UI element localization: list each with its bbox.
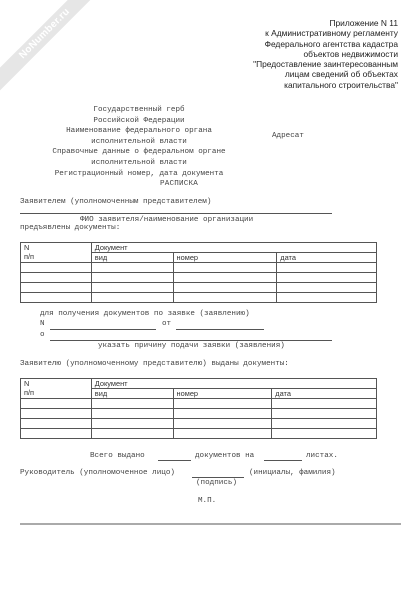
head-label: Руководитель (уполномоченное лицо) bbox=[20, 469, 175, 477]
addressee-label: Адресат bbox=[272, 132, 304, 140]
table-cell[interactable] bbox=[277, 263, 377, 273]
table-cell[interactable] bbox=[21, 429, 92, 439]
table-cell[interactable] bbox=[91, 419, 173, 429]
table-row bbox=[21, 263, 377, 273]
table-cell[interactable] bbox=[173, 409, 272, 419]
appendix-line: "Предоставление заинтересованным bbox=[253, 59, 398, 69]
appendix-line: к Административному регламенту bbox=[253, 28, 398, 38]
issued-label: Заявителю (уполномоченному представителю… bbox=[20, 360, 289, 368]
table-cell[interactable] bbox=[173, 273, 277, 283]
total-documents-field[interactable] bbox=[158, 460, 191, 461]
table-row bbox=[21, 409, 377, 419]
table-cell[interactable] bbox=[21, 399, 92, 409]
signature-field[interactable] bbox=[192, 477, 244, 478]
request-date-field[interactable] bbox=[176, 329, 264, 330]
col-header-number: N п/п bbox=[21, 379, 92, 399]
table-cell[interactable] bbox=[91, 399, 173, 409]
appendix-line: Приложение N 11 bbox=[253, 18, 398, 28]
request-number-label: N bbox=[40, 320, 45, 328]
sender-line: Российской Федерации bbox=[34, 116, 244, 127]
appendix-header: Приложение N 11 к Административному регл… bbox=[253, 18, 398, 90]
applicant-name-field[interactable] bbox=[20, 213, 332, 214]
table-cell[interactable] bbox=[21, 409, 92, 419]
col-header-date: дата bbox=[272, 389, 377, 399]
table-cell[interactable] bbox=[91, 273, 173, 283]
table-cell[interactable] bbox=[91, 293, 173, 303]
col-header-number: N п/п bbox=[21, 243, 92, 263]
appendix-line: объектов недвижимости bbox=[253, 49, 398, 59]
col-header-number-doc: номер bbox=[173, 389, 272, 399]
initials-label: (инициалы, фамилия) bbox=[249, 469, 336, 477]
sender-line: исполнительной власти bbox=[34, 137, 244, 148]
request-subject-label: о bbox=[40, 331, 45, 339]
table-cell[interactable] bbox=[277, 273, 377, 283]
table-row bbox=[21, 419, 377, 429]
col-header-type: вид bbox=[91, 389, 173, 399]
reason-caption: указать причину подачи заявки (заявления… bbox=[98, 342, 285, 350]
table-cell[interactable] bbox=[272, 419, 377, 429]
table-row bbox=[21, 399, 377, 409]
submitted-label: предъявлены документы: bbox=[20, 224, 120, 232]
request-label: для получения документов по заявке (заяв… bbox=[40, 310, 250, 318]
appendix-line: Федерального агентства кадастра bbox=[253, 39, 398, 49]
watermark: NoNumber.ru bbox=[0, 0, 104, 93]
table-cell[interactable] bbox=[277, 283, 377, 293]
col-header-number-doc: номер bbox=[173, 253, 277, 263]
applicant-caption: ФИО заявителя/наименование организации bbox=[80, 216, 253, 224]
submitted-documents-table: N п/п Документ вид номер дата bbox=[20, 242, 377, 303]
table-cell[interactable] bbox=[173, 399, 272, 409]
request-reason-field[interactable] bbox=[50, 340, 332, 341]
table-cell[interactable] bbox=[272, 399, 377, 409]
total-issued-label: Всего выдано bbox=[90, 452, 145, 460]
table-row bbox=[21, 429, 377, 439]
table-cell[interactable] bbox=[173, 419, 272, 429]
table-cell[interactable] bbox=[272, 429, 377, 439]
sender-line: Справочные данные о федеральном органе bbox=[34, 147, 244, 158]
table-row bbox=[21, 273, 377, 283]
table-cell[interactable] bbox=[91, 283, 173, 293]
document-title: РАСПИСКА bbox=[160, 180, 198, 188]
applicant-label: Заявителем (уполномоченным представителе… bbox=[20, 198, 211, 206]
table-row bbox=[21, 283, 377, 293]
table-cell[interactable] bbox=[21, 419, 92, 429]
sender-block: Государственный герб Российской Федераци… bbox=[34, 105, 244, 179]
sender-line: исполнительной власти bbox=[34, 158, 244, 169]
table-cell[interactable] bbox=[21, 283, 92, 293]
bottom-divider bbox=[20, 523, 401, 525]
col-header-document: Документ bbox=[91, 379, 376, 389]
table-cell[interactable] bbox=[21, 273, 92, 283]
sender-line: Регистрационный номер, дата документа bbox=[34, 169, 244, 180]
sheets-label: листах. bbox=[306, 452, 338, 460]
table-cell[interactable] bbox=[272, 409, 377, 419]
request-number-field[interactable] bbox=[50, 329, 156, 330]
signature-caption: (подпись) bbox=[196, 479, 237, 487]
table-cell[interactable] bbox=[21, 263, 92, 273]
table-cell[interactable] bbox=[91, 409, 173, 419]
col-header-document: Документ bbox=[91, 243, 376, 253]
table-cell[interactable] bbox=[91, 429, 173, 439]
table-cell[interactable] bbox=[173, 429, 272, 439]
appendix-line: капитального строительства" bbox=[253, 80, 398, 90]
table-cell[interactable] bbox=[173, 263, 277, 273]
col-header-date: дата bbox=[277, 253, 377, 263]
documents-on-label: документов на bbox=[195, 452, 254, 460]
table-cell[interactable] bbox=[21, 293, 92, 303]
table-row bbox=[21, 293, 377, 303]
total-sheets-field[interactable] bbox=[264, 460, 302, 461]
table-cell[interactable] bbox=[173, 283, 277, 293]
table-cell[interactable] bbox=[277, 293, 377, 303]
table-cell[interactable] bbox=[91, 263, 173, 273]
col-header-type: вид bbox=[91, 253, 173, 263]
request-date-label: от bbox=[162, 320, 171, 328]
table-cell[interactable] bbox=[173, 293, 277, 303]
sender-line: Наименование федерального органа bbox=[34, 126, 244, 137]
appendix-line: лицам сведений об объектах bbox=[253, 69, 398, 79]
stamp-label: М.П. bbox=[198, 497, 216, 505]
sender-line: Государственный герб bbox=[34, 105, 244, 116]
issued-documents-table: N п/п Документ вид номер дата bbox=[20, 378, 377, 439]
